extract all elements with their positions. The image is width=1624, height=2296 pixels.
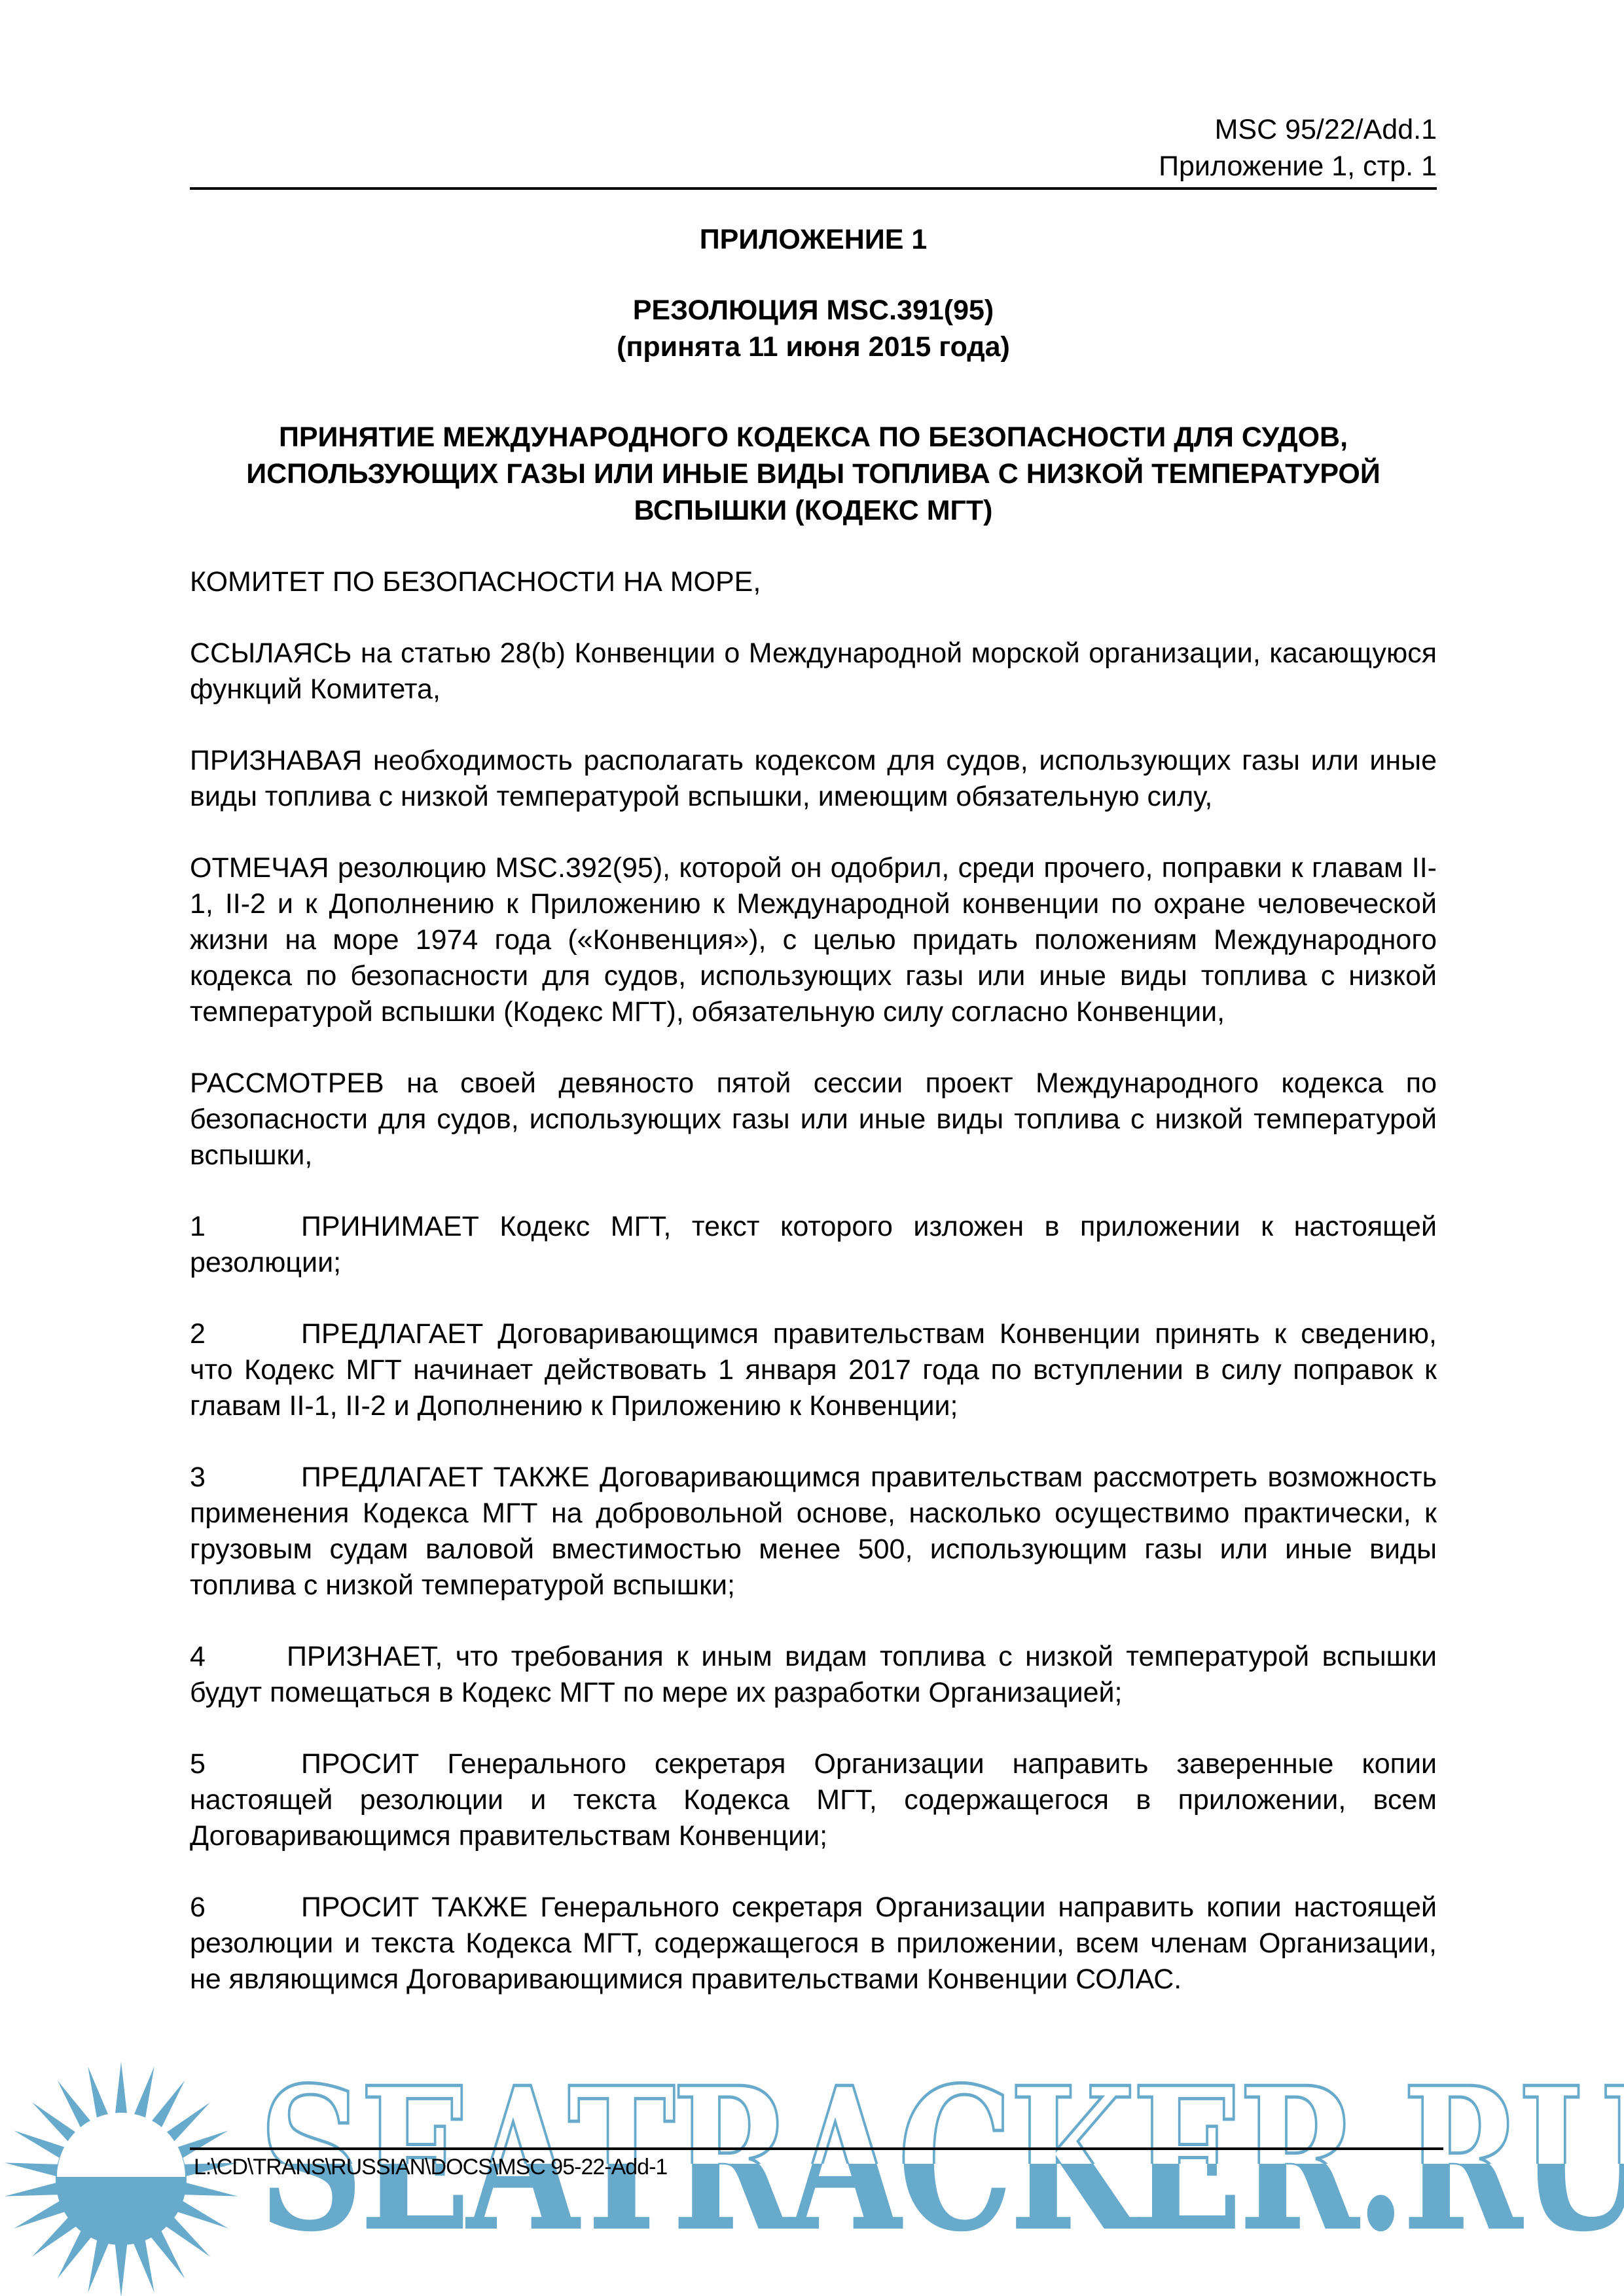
- footer-file-path: L:\CD\TRANS\RUSSIAN\DOCS\MSC 95-22-Add-1: [194, 2153, 667, 2181]
- page-header: MSC 95/22/Add.1 Приложение 1, стр. 1: [190, 111, 1437, 185]
- operative-paragraph-5: 5ПРОСИТ Генерального секретаря Организац…: [190, 1746, 1437, 1854]
- paragraph-number: 6: [190, 1890, 301, 1926]
- paragraph-text: ПРЕДЛАГАЕТ Договаривающимся правительств…: [190, 1318, 1437, 1422]
- preamble-paragraph: КОМИТЕТ ПО БЕЗОПАСНОСТИ НА МОРЕ,: [190, 564, 1437, 600]
- page-reference: Приложение 1, стр. 1: [190, 148, 1437, 185]
- document-page: MSC 95/22/Add.1 Приложение 1, стр. 1 ПРИ…: [0, 0, 1624, 2296]
- paragraph-number: 2: [190, 1316, 301, 1352]
- header-divider: [190, 187, 1437, 190]
- preamble-paragraph: РАССМОТРЕВ на своей девяносто пятой сесс…: [190, 1066, 1437, 1174]
- paragraph-text: ПРОСИТ Генерального секретаря Организаци…: [190, 1748, 1437, 1852]
- operative-paragraph-3: 3ПРЕДЛАГАЕТ ТАКЖЕ Договаривающимся прави…: [190, 1460, 1437, 1604]
- main-title: ПРИНЯТИЕ МЕЖДУНАРОДНОГО КОДЕКСА ПО БЕЗОП…: [190, 419, 1437, 529]
- paragraph-number: 1: [190, 1209, 301, 1245]
- preamble-paragraph: ПРИЗНАВАЯ необходимость располагать коде…: [190, 743, 1437, 815]
- paragraph-text: ПРИЗНАЕТ, что требования к иным видам то…: [190, 1641, 1437, 1708]
- paragraph-text: ПРЕДЛАГАЕТ ТАКЖЕ Договаривающимся правит…: [190, 1462, 1437, 1601]
- preamble-paragraph: ОТМЕЧАЯ резолюцию MSC.392(95), которой о…: [190, 850, 1437, 1030]
- document-symbol: MSC 95/22/Add.1: [190, 111, 1437, 148]
- preamble-paragraph: ССЫЛАЯСЬ на статью 28(b) Конвенции о Меж…: [190, 636, 1437, 708]
- operative-paragraph-4: 4ПРИЗНАЕТ, что требования к иным видам т…: [190, 1639, 1437, 1711]
- operative-paragraph-2: 2ПРЕДЛАГАЕТ Договаривающимся правительст…: [190, 1316, 1437, 1424]
- paragraph-number: 5: [190, 1746, 301, 1782]
- paragraph-text: ПРИНИМАЕТ Кодекс МГТ, текст которого изл…: [190, 1211, 1437, 1278]
- paragraph-number: 4: [190, 1639, 287, 1675]
- document-body: КОМИТЕТ ПО БЕЗОПАСНОСТИ НА МОРЕ, ССЫЛАЯС…: [190, 564, 1437, 2033]
- footer-divider: [190, 2147, 1443, 2150]
- operative-paragraph-1: 1ПРИНИМАЕТ Кодекс МГТ, текст которого из…: [190, 1209, 1437, 1281]
- annex-title: ПРИЛОЖЕНИЕ 1: [190, 221, 1437, 258]
- resolution-title: РЕЗОЛЮЦИЯ MSC.391(95): [190, 292, 1437, 329]
- operative-paragraph-6: 6ПРОСИТ ТАКЖЕ Генерального секретаря Орг…: [190, 1890, 1437, 1998]
- adoption-date: (принята 11 июня 2015 года): [190, 329, 1437, 365]
- paragraph-text: ПРОСИТ ТАКЖЕ Генерального секретаря Орга…: [190, 1892, 1437, 1995]
- paragraph-number: 3: [190, 1460, 301, 1496]
